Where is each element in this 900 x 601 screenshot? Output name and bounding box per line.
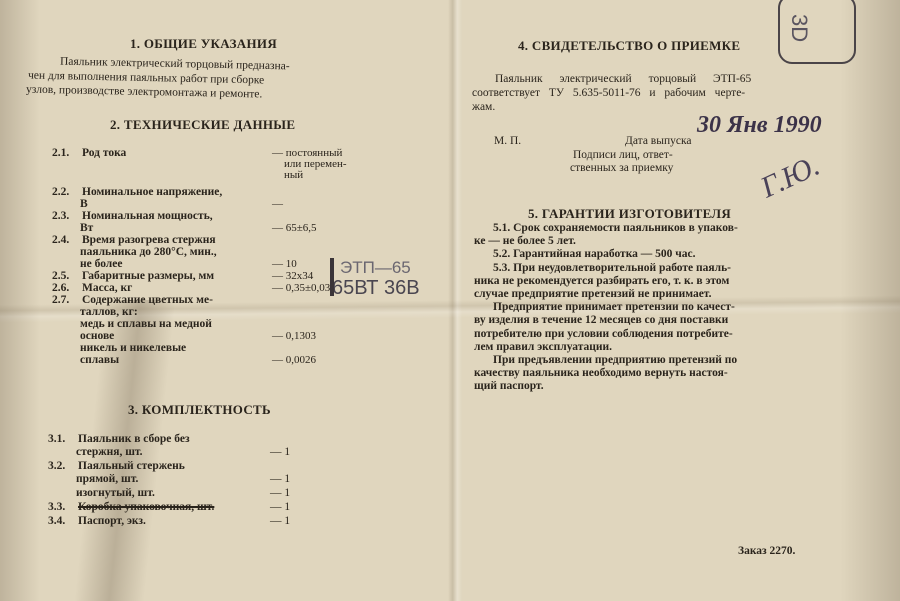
warranty-text-line: 5.2. Гарантийная наработка — 500 час. xyxy=(493,248,696,261)
tech-item-value: — 0,0026 xyxy=(272,354,316,367)
kit-item-label: изогнутый, шт. xyxy=(76,487,155,500)
release-date-label: Дата выпуска xyxy=(625,135,691,148)
kit-item-number: 3.1. xyxy=(48,433,65,446)
kit-item-label: прямой, шт. xyxy=(76,473,138,486)
model-stamp-line2: 65ВТ 36В xyxy=(332,277,420,300)
warranty-text-line: ника не рекомендуется разбирать его, т. … xyxy=(474,275,729,288)
qc-stamp-number: 3D xyxy=(786,14,812,42)
warranty-text-line: При предъявлении предприятию претензий п… xyxy=(493,354,737,367)
text-line: соответствует ТУ 5.635-5011-76 и рабочим… xyxy=(472,87,745,100)
signatures-label-line2: ственных за приемку xyxy=(570,162,673,175)
tech-item-label: сплавы xyxy=(80,354,119,367)
tech-item-label: Род тока xyxy=(82,147,126,160)
section-warranty-title: 5. ГАРАНТИИ ИЗГОТОВИТЕЛЯ xyxy=(528,206,731,222)
stamp-bracket xyxy=(330,258,334,296)
warranty-text-line: Предприятие принимает претензии по качес… xyxy=(493,301,735,314)
tech-item-value: ный xyxy=(284,169,303,182)
tech-item-number: 2.7. xyxy=(52,294,69,307)
kit-item-quantity: — 1 xyxy=(270,487,290,500)
text-line: жам. xyxy=(472,101,495,114)
model-stamp-line1: ЭТП—65 xyxy=(340,258,411,278)
handwritten-signature: Г.Ю. xyxy=(756,149,825,206)
mp-label: М. П. xyxy=(494,135,521,148)
kit-item-number: 3.2. xyxy=(48,460,65,473)
kit-item-label: Паспорт, экз. xyxy=(78,515,146,528)
signatures-label-line1: Подписи лиц, ответ- xyxy=(573,149,673,162)
warranty-text-line: ке — не более 5 лет. xyxy=(474,235,576,248)
section-tech-data-title: 2. ТЕХНИЧЕСКИЕ ДАННЫЕ xyxy=(110,117,295,133)
kit-item-quantity: — 1 xyxy=(270,515,290,528)
warranty-text-line: щий паспорт. xyxy=(474,380,544,393)
tech-item-value: — 65±6,5 xyxy=(272,222,317,235)
section-acceptance-title: 4. СВИДЕТЕЛЬСТВО О ПРИЕМКЕ xyxy=(518,38,740,54)
handwritten-release-date: 30 Янв 1990 xyxy=(697,112,822,139)
kit-item-quantity: — 1 xyxy=(270,446,290,459)
tech-item-value: — xyxy=(272,198,283,211)
warranty-text-line: ву изделия в течение 12 месяцев со дня п… xyxy=(474,314,728,327)
warranty-text-line: качеству паяльника необходимо вернуть на… xyxy=(474,367,728,380)
tech-item-number: 2.4. xyxy=(52,234,69,247)
kit-item-quantity: — 1 xyxy=(270,473,290,486)
kit-item-label: стержня, шт. xyxy=(76,446,143,459)
tech-item-number: 2.1. xyxy=(52,147,69,160)
warranty-text-line: потребителю при условии соблюдения потре… xyxy=(474,328,733,341)
kit-item-label: Коробка упаковочная, шт. xyxy=(78,501,214,514)
text-line: Паяльник электрический торцовый ЭТП-65 xyxy=(495,73,751,86)
tech-item-label: Номинальное напряжение, xyxy=(82,186,222,199)
kit-item-number: 3.3. xyxy=(48,501,65,514)
warranty-text-line: 5.1. Срок сохраняемости паяльников в упа… xyxy=(493,222,738,235)
order-number: Заказ 2270. xyxy=(738,545,795,558)
section-completeness-title: 3. КОМПЛЕКТНОСТЬ xyxy=(128,402,271,418)
warranty-text-line: лем правил эксплуатации. xyxy=(474,341,612,354)
kit-item-quantity: — 1 xyxy=(270,501,290,514)
tech-item-value: — 0,1303 xyxy=(272,330,316,343)
kit-item-label: Паяльник в сборе без xyxy=(78,433,190,446)
tech-item-number: 2.3. xyxy=(52,210,69,223)
warranty-text-line: 5.3. При неудовлетворительной работе пая… xyxy=(493,262,731,275)
tech-item-value: — 0,35±0,03 xyxy=(272,282,330,295)
tech-item-label: Номинальная мощность, xyxy=(82,210,213,223)
kit-item-label: Паяльный стержень xyxy=(78,460,185,473)
tech-item-number: 2.2. xyxy=(52,186,69,199)
kit-item-number: 3.4. xyxy=(48,515,65,528)
warranty-text-line: случае предприятие претензий не принимае… xyxy=(474,288,711,301)
section-general-title: 1. ОБЩИЕ УКАЗАНИЯ xyxy=(130,36,277,52)
